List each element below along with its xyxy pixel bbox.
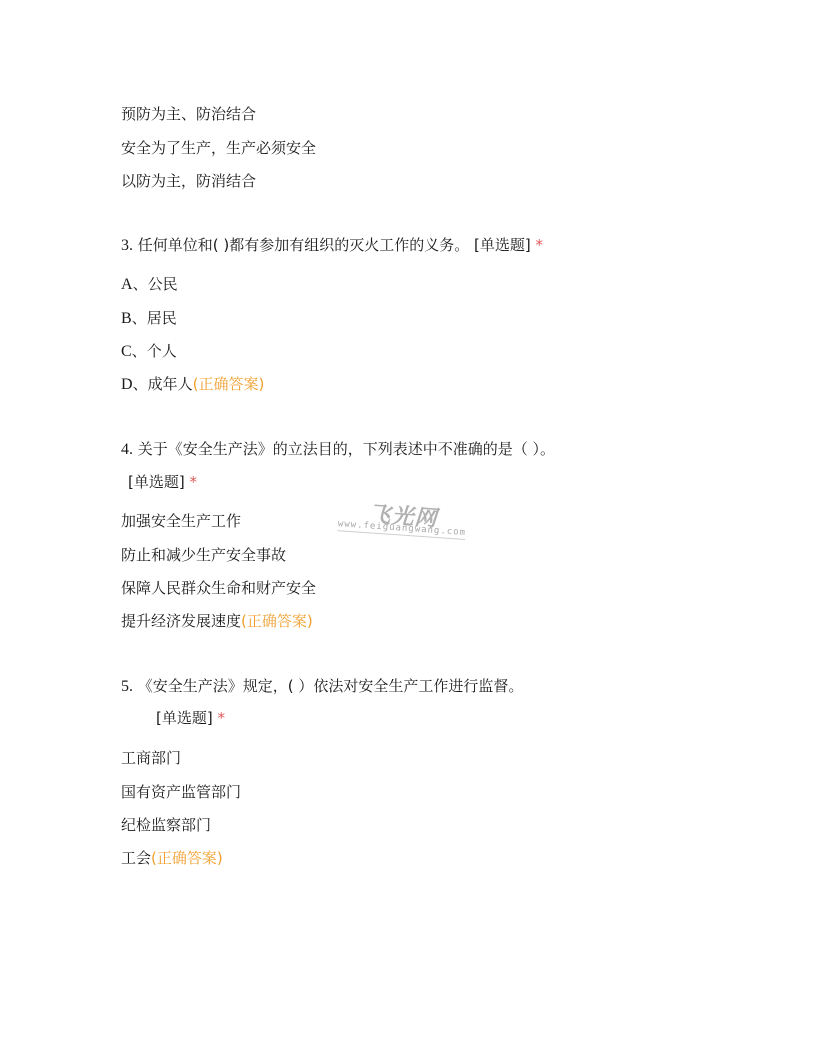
q5-option-4: 工会(正确答案)	[121, 848, 223, 868]
option-text: 防止和减少生产安全事故	[121, 546, 286, 564]
q4-option-3: 保障人民群众生命和财产安全	[121, 578, 316, 598]
q4-type-line: [单选题] *	[128, 472, 197, 492]
question-number: 3.	[121, 237, 133, 254]
option-text: 保障人民群众生命和财产安全	[121, 579, 316, 597]
option-letter: B	[121, 310, 132, 327]
correct-answer-label: (正确答案)	[241, 612, 313, 630]
option-letter: A	[121, 276, 133, 293]
option-sep: 、	[133, 375, 148, 393]
q5-option-1: 工商部门	[121, 748, 181, 768]
question-type-tag: [单选题]	[156, 709, 213, 727]
option-letter: C	[121, 343, 132, 360]
q5-option-3: 纪检监察部门	[121, 815, 211, 835]
option-text: 安全为了生产，生产必须安全	[121, 139, 316, 157]
q2-option-2: 安全为了生产，生产必须安全	[121, 138, 316, 158]
option-sep: 、	[132, 309, 147, 327]
option-text: 成年人	[148, 375, 193, 393]
option-text: 预防为主、防治结合	[121, 105, 256, 123]
option-text: 以防为主，防消结合	[121, 172, 256, 190]
option-sep: 、	[133, 275, 148, 293]
question-type-tag: [单选题]	[128, 473, 185, 491]
q4-option-2: 防止和减少生产安全事故	[121, 545, 286, 565]
question-type-tag: [单选题]	[474, 236, 531, 254]
required-mark: *	[190, 473, 198, 491]
q4-question: 4. 关于《安全生产法》的立法目的，下列表述中不准确的是（ ）。	[121, 439, 555, 460]
q5-question: 5. 《安全生产法》规定，( ）依法对安全生产工作进行监督。	[121, 676, 523, 697]
watermark-logo: 飞光网 www.feiguangwang.com	[336, 495, 479, 555]
option-text: 国有资产监管部门	[121, 783, 241, 801]
question-text: 关于《安全生产法》的立法目的，下列表述中不准确的是（ ）。	[138, 440, 555, 458]
q3-option-c: C、个人	[121, 341, 177, 362]
q2-option-3: 以防为主，防消结合	[121, 171, 256, 191]
q3-option-d: D、成年人(正确答案)	[121, 374, 264, 395]
option-text: 纪检监察部门	[121, 816, 211, 834]
q5-type-line: [单选题] *	[156, 708, 225, 728]
q3-question: 3. 任何单位和( )都有参加有组织的灭火工作的义务。 [单选题] *	[121, 235, 543, 256]
required-mark: *	[536, 236, 544, 254]
correct-answer-label: (正确答案)	[193, 375, 265, 393]
q3-option-b: B、居民	[121, 308, 177, 329]
option-sep: 、	[132, 342, 147, 360]
option-text: 工会	[121, 849, 151, 867]
option-text: 提升经济发展速度	[121, 612, 241, 630]
q2-option-1: 预防为主、防治结合	[121, 104, 256, 124]
question-text: 《安全生产法》规定，( ）依法对安全生产工作进行监督。	[138, 677, 524, 695]
question-text: 任何单位和( )都有参加有组织的灭火工作的义务。	[138, 236, 469, 254]
option-text: 居民	[147, 309, 177, 327]
q4-option-4: 提升经济发展速度(正确答案)	[121, 611, 313, 631]
option-text: 个人	[147, 342, 177, 360]
option-letter: D	[121, 376, 133, 393]
question-number: 5.	[121, 678, 133, 695]
q3-option-a: A、公民	[121, 274, 178, 295]
option-text: 加强安全生产工作	[121, 512, 241, 530]
option-text: 工商部门	[121, 749, 181, 767]
option-text: 公民	[148, 275, 178, 293]
q4-option-1: 加强安全生产工作	[121, 511, 241, 531]
question-number: 4.	[121, 441, 133, 458]
required-mark: *	[218, 709, 226, 727]
q5-option-2: 国有资产监管部门	[121, 782, 241, 802]
correct-answer-label: (正确答案)	[151, 849, 223, 867]
